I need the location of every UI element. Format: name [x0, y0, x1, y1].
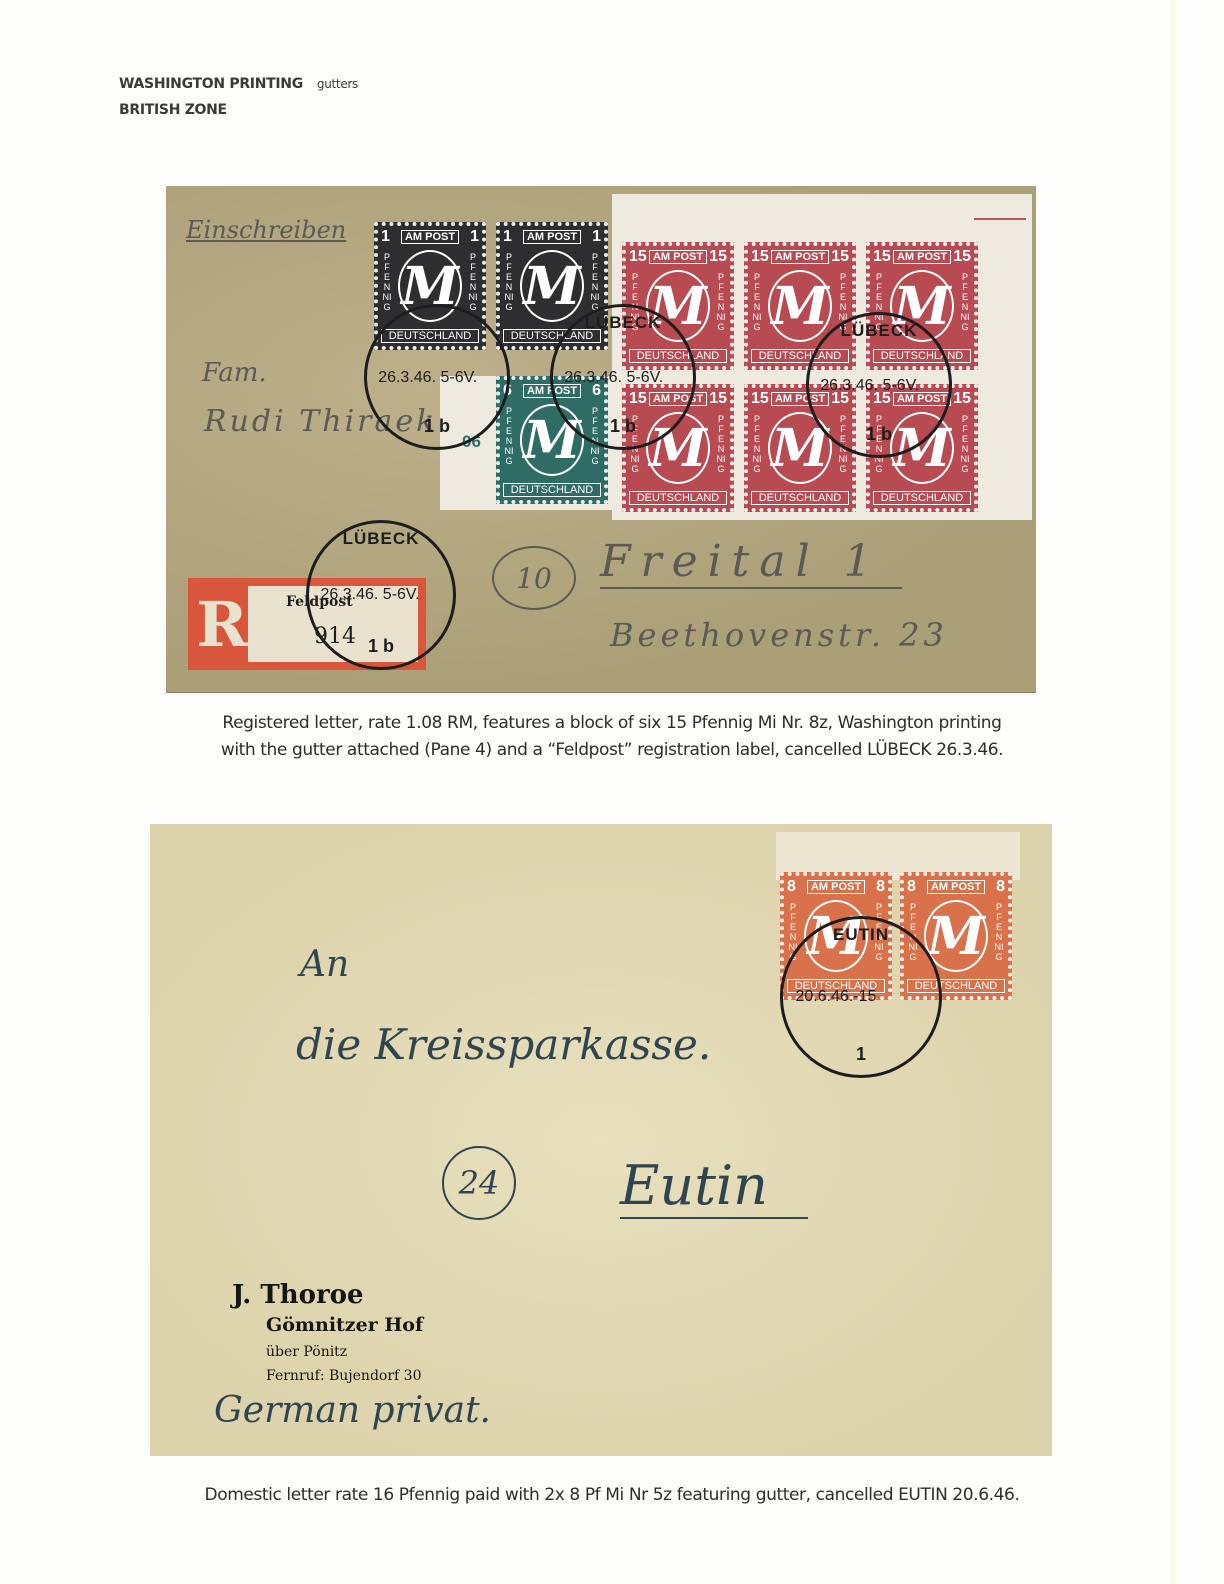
- caption-cover1: Registered letter, rate 1.08 RM, feature…: [120, 710, 1104, 764]
- caption-cover1-line2: with the gutter attached (Pane 4) and a …: [120, 737, 1104, 764]
- header-title: WASHINGTON PRINTING: [119, 76, 303, 92]
- cancel-lubeck-label: LÜBECK 26.3.46. 5-6V. 1 b: [306, 520, 456, 670]
- cancel-lubeck: LÜBECK 26.3.46. 5-6V. 1 b: [550, 304, 696, 450]
- postcode-circle: 24: [442, 1146, 516, 1220]
- page-header: WASHINGTON PRINTINGgutters BRITISH ZONE: [119, 71, 358, 123]
- page-edge: [1170, 0, 1176, 1584]
- sender-imprint: J. Thoroe Gömnitzer Hof über Pönitz Fern…: [232, 1280, 423, 1384]
- sender-name: J. Thoroe: [232, 1280, 423, 1310]
- handwriting-registered: Einschreiben: [186, 216, 346, 244]
- cancel-lubeck: LÜBECK 26.3.46. 5-6V. 1 b: [806, 312, 952, 458]
- caption-cover2: Domestic letter rate 16 Pfennig paid wit…: [120, 1482, 1104, 1509]
- postcode-circle: 10: [492, 546, 576, 610]
- handwriting-note: German privat.: [214, 1390, 491, 1431]
- sender-line4: Fernruf: Bujendorf 30: [266, 1368, 423, 1384]
- header-title-line: WASHINGTON PRINTINGgutters: [119, 71, 358, 97]
- domestic-cover: 8AM POST8 PFENNIGPFENNIG M DEUTSCHLAND 8…: [150, 824, 1052, 1456]
- registered-cover: Einschreiben Fam. Rudi Thiraek 1AM POST1…: [166, 186, 1036, 692]
- sender-line3: über Pönitz: [266, 1344, 423, 1360]
- header-zone: BRITISH ZONE: [119, 97, 358, 123]
- handwriting-recipient: die Kreissparkasse.: [296, 1020, 711, 1069]
- handwriting-city: Eutin: [620, 1154, 808, 1219]
- handwriting-to: An: [300, 944, 349, 985]
- margin-red-line: [974, 218, 1026, 220]
- cancel-lubeck: 26.3.46. 5-6V. 1 b: [364, 304, 510, 450]
- handwriting-city: Freital 1: [600, 536, 902, 589]
- sender-line2: Gömnitzer Hof: [266, 1314, 423, 1336]
- caption-cover1-line1: Registered letter, rate 1.08 RM, feature…: [120, 710, 1104, 737]
- registration-letter: R: [196, 586, 248, 662]
- cancel-eutin: EUTIN 20.6.46.-15 1: [780, 916, 942, 1078]
- header-note: gutters: [317, 77, 358, 91]
- handwriting-street: Beethovenstr. 23: [610, 616, 948, 654]
- handwriting-sender-prefix: Fam.: [202, 358, 267, 388]
